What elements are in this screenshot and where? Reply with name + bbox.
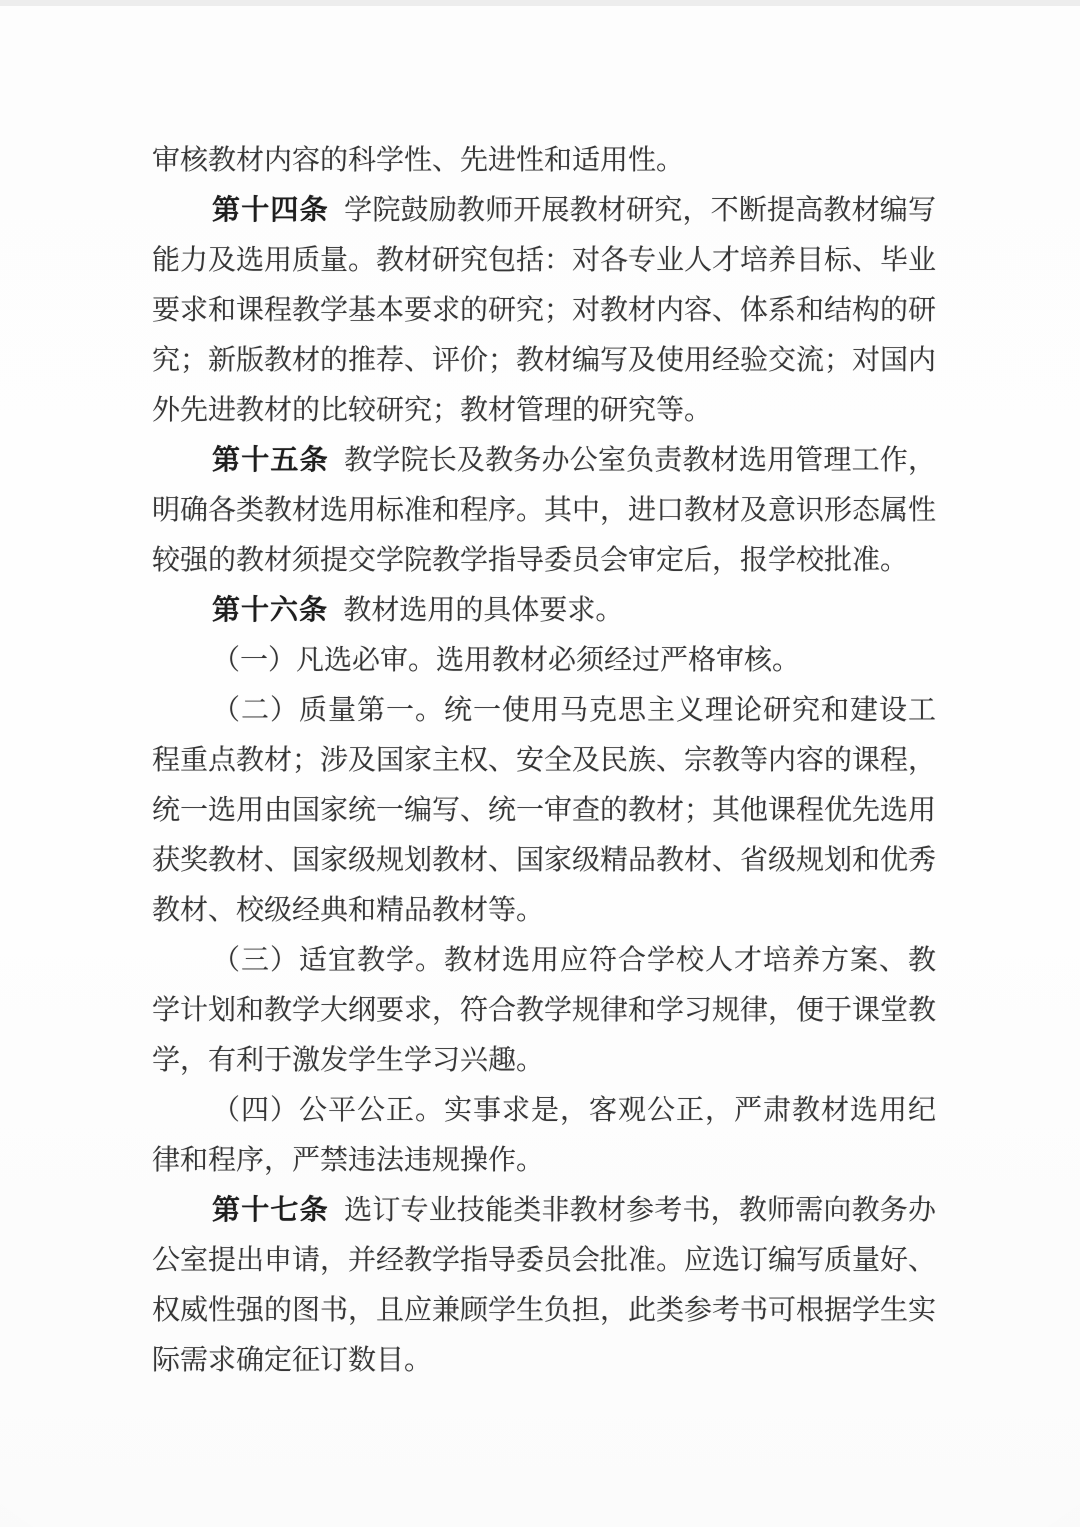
paragraph-text: 教材选用的具体要求。	[343, 595, 623, 626]
page-top-strip	[0, 0, 1080, 6]
paragraph-article-16: 第十六条教材选用的具体要求。	[152, 586, 936, 636]
paragraph-text: （四）公平公正。实事求是，客观公正，严肃教材选用纪律和程序，严禁违法违规操作。	[152, 1095, 936, 1176]
paragraph-item-4: （四）公平公正。实事求是，客观公正，严肃教材选用纪律和程序，严禁违法违规操作。	[152, 1086, 936, 1186]
article-number: 第十五条	[212, 445, 329, 476]
paragraph-text: 审核教材内容的科学性、先进性和适用性。	[152, 145, 684, 176]
article-number: 第十四条	[212, 195, 329, 226]
paragraph-text: （一）凡选必审。选用教材必须经过严格审核。	[212, 645, 800, 676]
paragraph-text: （三）适宜教学。教材选用应符合学校人才培养方案、教学计划和教学大纲要求，符合教学…	[152, 945, 936, 1076]
paragraph-item-3: （三）适宜教学。教材选用应符合学校人才培养方案、教学计划和教学大纲要求，符合教学…	[152, 936, 936, 1086]
paragraph-text: 学院鼓励教师开展教材研究，不断提高教材编写能力及选用质量。教材研究包括：对各专业…	[152, 195, 936, 426]
article-number: 第十七条	[212, 1195, 329, 1226]
paragraph-article-14: 第十四条学院鼓励教师开展教材研究，不断提高教材编写能力及选用质量。教材研究包括：…	[152, 186, 936, 436]
paragraph-article-15: 第十五条教学院长及教务办公室负责教材选用管理工作，明确各类教材选用标准和程序。其…	[152, 436, 936, 586]
paragraph-item-2: （二）质量第一。统一使用马克思主义理论研究和建设工程重点教材；涉及国家主权、安全…	[152, 686, 936, 936]
document-body: 审核教材内容的科学性、先进性和适用性。 第十四条学院鼓励教师开展教材研究，不断提…	[152, 136, 936, 1386]
paragraph-item-1: （一）凡选必审。选用教材必须经过严格审核。	[152, 636, 936, 686]
paragraph-continuation: 审核教材内容的科学性、先进性和适用性。	[152, 136, 936, 186]
document-page: 审核教材内容的科学性、先进性和适用性。 第十四条学院鼓励教师开展教材研究，不断提…	[0, 0, 1080, 1527]
paragraph-article-17: 第十七条选订专业技能类非教材参考书，教师需向教务办公室提出申请，并经教学指导委员…	[152, 1186, 936, 1386]
article-number: 第十六条	[212, 595, 328, 626]
paragraph-text: （二）质量第一。统一使用马克思主义理论研究和建设工程重点教材；涉及国家主权、安全…	[152, 695, 936, 926]
